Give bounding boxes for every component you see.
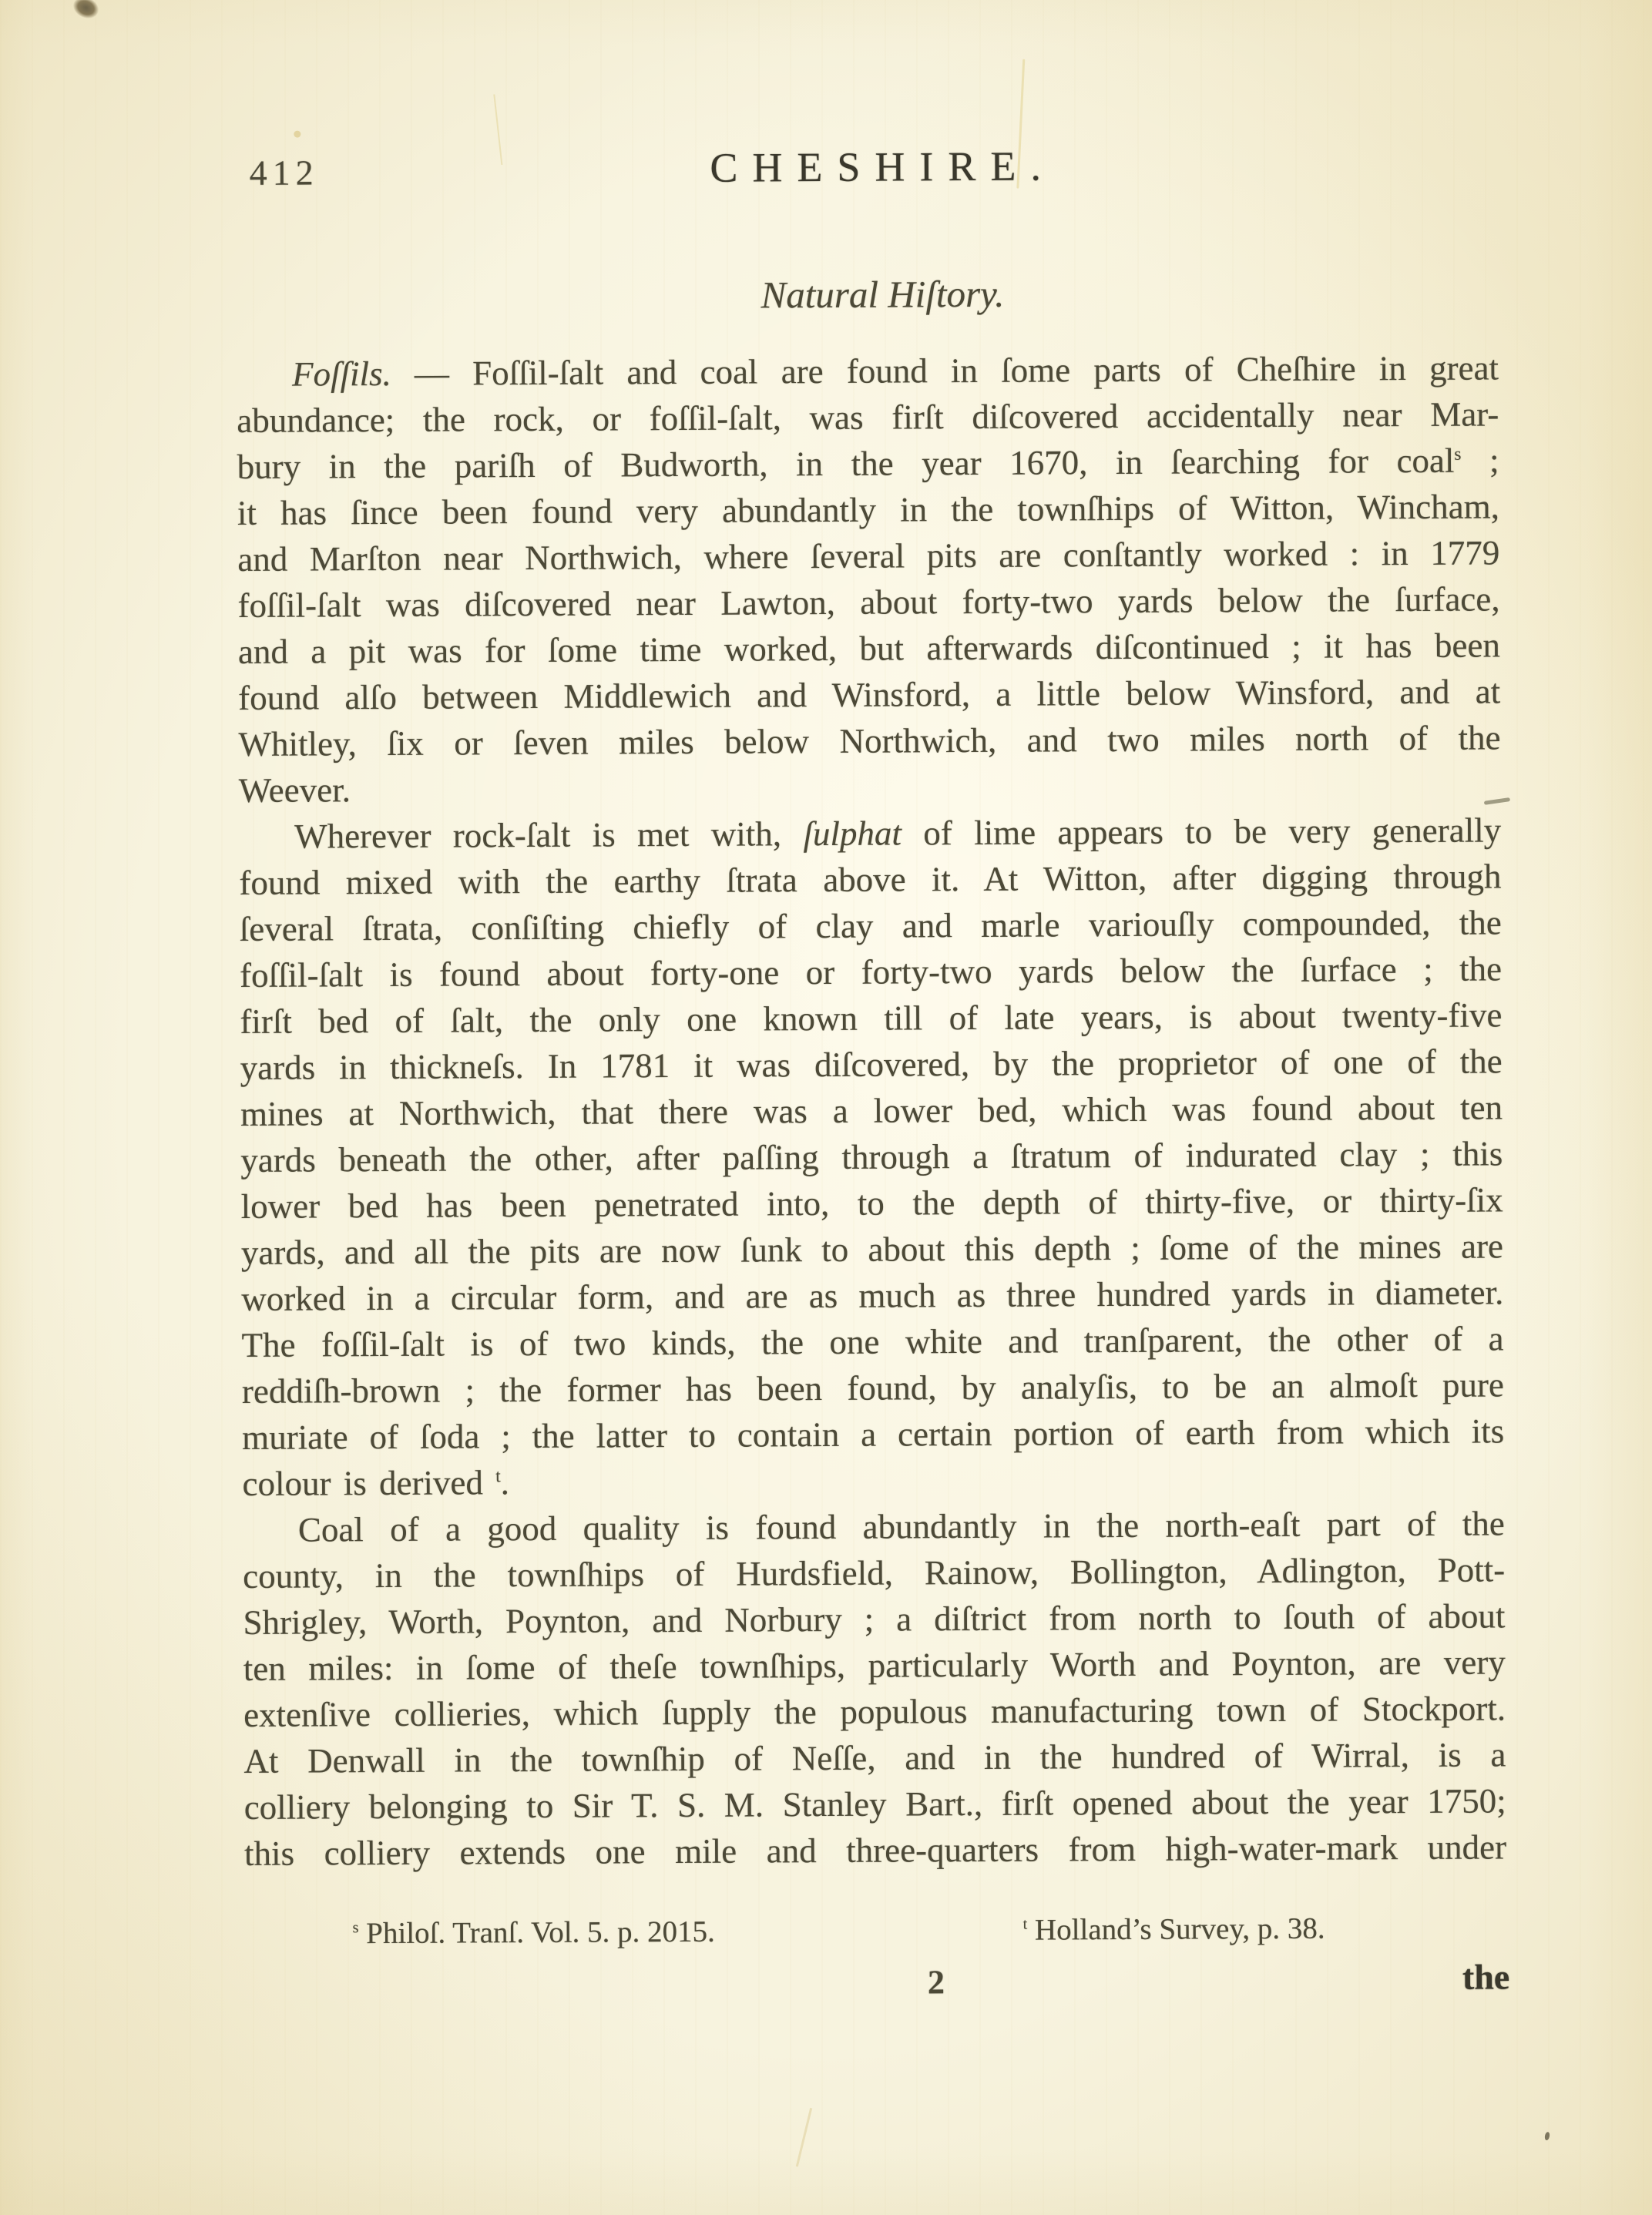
paper-fibre (796, 2108, 812, 2166)
text-line: Whitley, ſix or ſeven miles below Northw… (238, 714, 1500, 767)
paragraph: Foſſils. — Foſſil-ſalt and coal are foun… (237, 344, 1501, 814)
text-segment: . (501, 1463, 510, 1502)
paragraph: Wherever rock-ſalt is met with, ſulphat … (239, 807, 1505, 1507)
text-segment: yards beneath the other, after paſſing t… (240, 1134, 1503, 1180)
text-segment: yards in thickneſs. In 1781 it was diſco… (240, 1042, 1503, 1087)
text-line: The foſſil-ſalt is of two kinds, the one… (241, 1315, 1503, 1368)
text-segment: bury in the pariſh of Budworth, in the y… (237, 441, 1455, 486)
footnote-text: Holland’s Survey, p. 38. (1035, 1912, 1325, 1947)
text-segment: reddiſh-brown ; the former has been foun… (242, 1365, 1504, 1411)
text-segment: — Foſſil-ſalt and coal are found in ſome… (391, 348, 1499, 393)
text-line: it has ſince been found very abundantly … (237, 483, 1499, 536)
text-line: county, in the townſhips of Hurdsfield, … (243, 1546, 1505, 1599)
paper-speck (1544, 2132, 1550, 2141)
running-title: CHESHIRE. (235, 143, 1529, 191)
page: 412 CHESHIRE. Natural Hiſtory. Foſſils. … (0, 0, 1652, 2215)
text-line: worked in a circular form, and are as mu… (241, 1269, 1503, 1322)
text-line: Wherever rock-ſalt is met with, ſulphat … (239, 807, 1501, 860)
footnote: t Holland’s Survey, p. 38. (1022, 1913, 1325, 1948)
text-segment: Foſſils. (292, 354, 391, 394)
text-segment: and a pit was for ſome time worked, but … (238, 626, 1500, 671)
text-segment: foſſil-ſalt is found about forty-one or … (240, 949, 1502, 995)
superscript-note-marker: s (1454, 445, 1461, 465)
footnote-marker: s (353, 1919, 359, 1936)
text-segment: of lime appears to be very generally (902, 810, 1501, 852)
footnote-text: Philoſ. Tranſ. Vol. 5. p. 2015. (366, 1915, 715, 1950)
text-segment: foſſil-ſalt was diſcovered near Lawton, … (237, 579, 1499, 625)
text-line: yards beneath the other, after paſſing t… (240, 1130, 1503, 1183)
text-segment: Coal of a good quality is found abundant… (298, 1504, 1505, 1549)
text-line: bury in the pariſh of Budworth, in the y… (237, 437, 1499, 490)
text-line: ſeveral ſtrata, conſiſting chiefly of cl… (240, 899, 1502, 952)
text-line: abundance; the rock, or foſſil-ſalt, was… (237, 391, 1499, 444)
section-heading: Natural Hiſtory. (251, 270, 1513, 318)
text-line: and a pit was for ſome time worked, but … (238, 622, 1500, 675)
text-segment: extenſive collieries, which ſupply the p… (243, 1689, 1506, 1734)
text-line: foſſil-ſalt was diſcovered near Lawton, … (237, 576, 1499, 629)
text-line: Weever. (239, 760, 1501, 814)
text-line: foſſil-ſalt is found about forty-one or … (240, 945, 1502, 998)
text-line: At Denwall in the townſhip of Neſſe, and… (243, 1731, 1506, 1784)
text-segment: ſeveral ſtrata, conſiſting chiefly of cl… (240, 903, 1502, 948)
scanned-book-page: { "colors":{"paper":"#f7f3de","ink":"#4c… (0, 0, 1652, 2215)
text-segment: colliery belonging to Sir T. S. M. Stanl… (244, 1781, 1506, 1827)
text-segment: ſulphat (803, 814, 902, 853)
text-segment: firſt bed of ſalt, the only one known ti… (240, 995, 1502, 1041)
text-segment: county, in the townſhips of Hurdsfield, … (243, 1550, 1505, 1596)
text-segment: colour is derived (242, 1463, 495, 1503)
text-block: Foſſils. — Foſſil-ſalt and coal are foun… (237, 344, 1506, 1877)
text-segment: The foſſil-ſalt is of two kinds, the one… (241, 1319, 1503, 1364)
text-segment: yards, and all the pits are now ſunk to … (241, 1227, 1503, 1272)
text-line: mines at Northwich, that there was a low… (240, 1084, 1503, 1137)
text-segment: ten miles: in ſome of theſe townſhips, p… (243, 1643, 1506, 1688)
footnote-marker: t (1022, 1916, 1027, 1933)
text-segment: ; (1461, 441, 1499, 479)
ink-blot (70, 0, 102, 22)
text-line: this colliery extends one mile and three… (244, 1824, 1506, 1877)
text-line: Coal of a good quality is found abundant… (243, 1500, 1505, 1553)
text-line: firſt bed of ſalt, the only one known ti… (240, 992, 1502, 1045)
text-line: colliery belonging to Sir T. S. M. Stanl… (244, 1777, 1506, 1831)
paper-speck (294, 131, 301, 138)
text-segment: Wherever rock-ſalt is met with, (294, 814, 804, 855)
text-line: and Marſton near Northwich, where ſevera… (237, 529, 1499, 582)
catchword: the (1462, 1959, 1510, 1995)
text-line: reddiſh-brown ; the former has been foun… (242, 1361, 1504, 1415)
text-line: ten miles: in ſome of theſe townſhips, p… (243, 1639, 1506, 1692)
text-line: yards in thickneſs. In 1781 it was diſco… (240, 1038, 1503, 1091)
text-segment: Shrigley, Worth, Poynton, and Norbury ; … (243, 1596, 1505, 1642)
text-segment: Whitley, ſix or ſeven miles below Northw… (238, 718, 1500, 764)
text-segment: lower bed has been penetrated into, to t… (241, 1180, 1503, 1226)
text-line: colour is derived t. (242, 1454, 1504, 1507)
text-segment: Weever. (239, 770, 351, 810)
signature-mark: 2 (928, 1965, 945, 1999)
text-segment: found alſo between Middlewich and Winsfo… (238, 672, 1500, 717)
text-line: found alſo between Middlewich and Winsfo… (238, 668, 1500, 721)
text-line: Shrigley, Worth, Poynton, and Norbury ; … (243, 1592, 1505, 1646)
text-segment: At Denwall in the townſhip of Neſſe, and… (243, 1735, 1506, 1780)
text-segment: abundance; the rock, or foſſil-ſalt, was… (237, 394, 1499, 440)
text-segment: found mixed with the earthy ſtrata above… (239, 857, 1501, 902)
text-segment: mines at Northwich, that there was a low… (240, 1088, 1503, 1133)
footnote: s Philoſ. Tranſ. Vol. 5. p. 2015. (352, 1916, 714, 1951)
text-line: lower bed has been penetrated into, to t… (241, 1176, 1503, 1230)
text-segment: muriate of ſoda ; the latter to contain … (242, 1411, 1504, 1457)
text-segment: it has ſince been found very abundantly … (237, 487, 1499, 532)
text-line: Foſſils. — Foſſil-ſalt and coal are foun… (237, 344, 1499, 398)
text-line: extenſive collieries, which ſupply the p… (243, 1685, 1506, 1738)
text-segment: and Marſton near Northwich, where ſevera… (237, 533, 1499, 579)
text-segment: this colliery extends one mile and three… (244, 1827, 1506, 1873)
text-line: muriate of ſoda ; the latter to contain … (242, 1408, 1504, 1461)
text-segment: worked in a circular form, and are as mu… (241, 1273, 1503, 1318)
paragraph: Coal of a good quality is found abundant… (243, 1500, 1506, 1877)
text-line: yards, and all the pits are now ſunk to … (241, 1223, 1503, 1276)
text-line: found mixed with the earthy ſtrata above… (239, 853, 1501, 906)
